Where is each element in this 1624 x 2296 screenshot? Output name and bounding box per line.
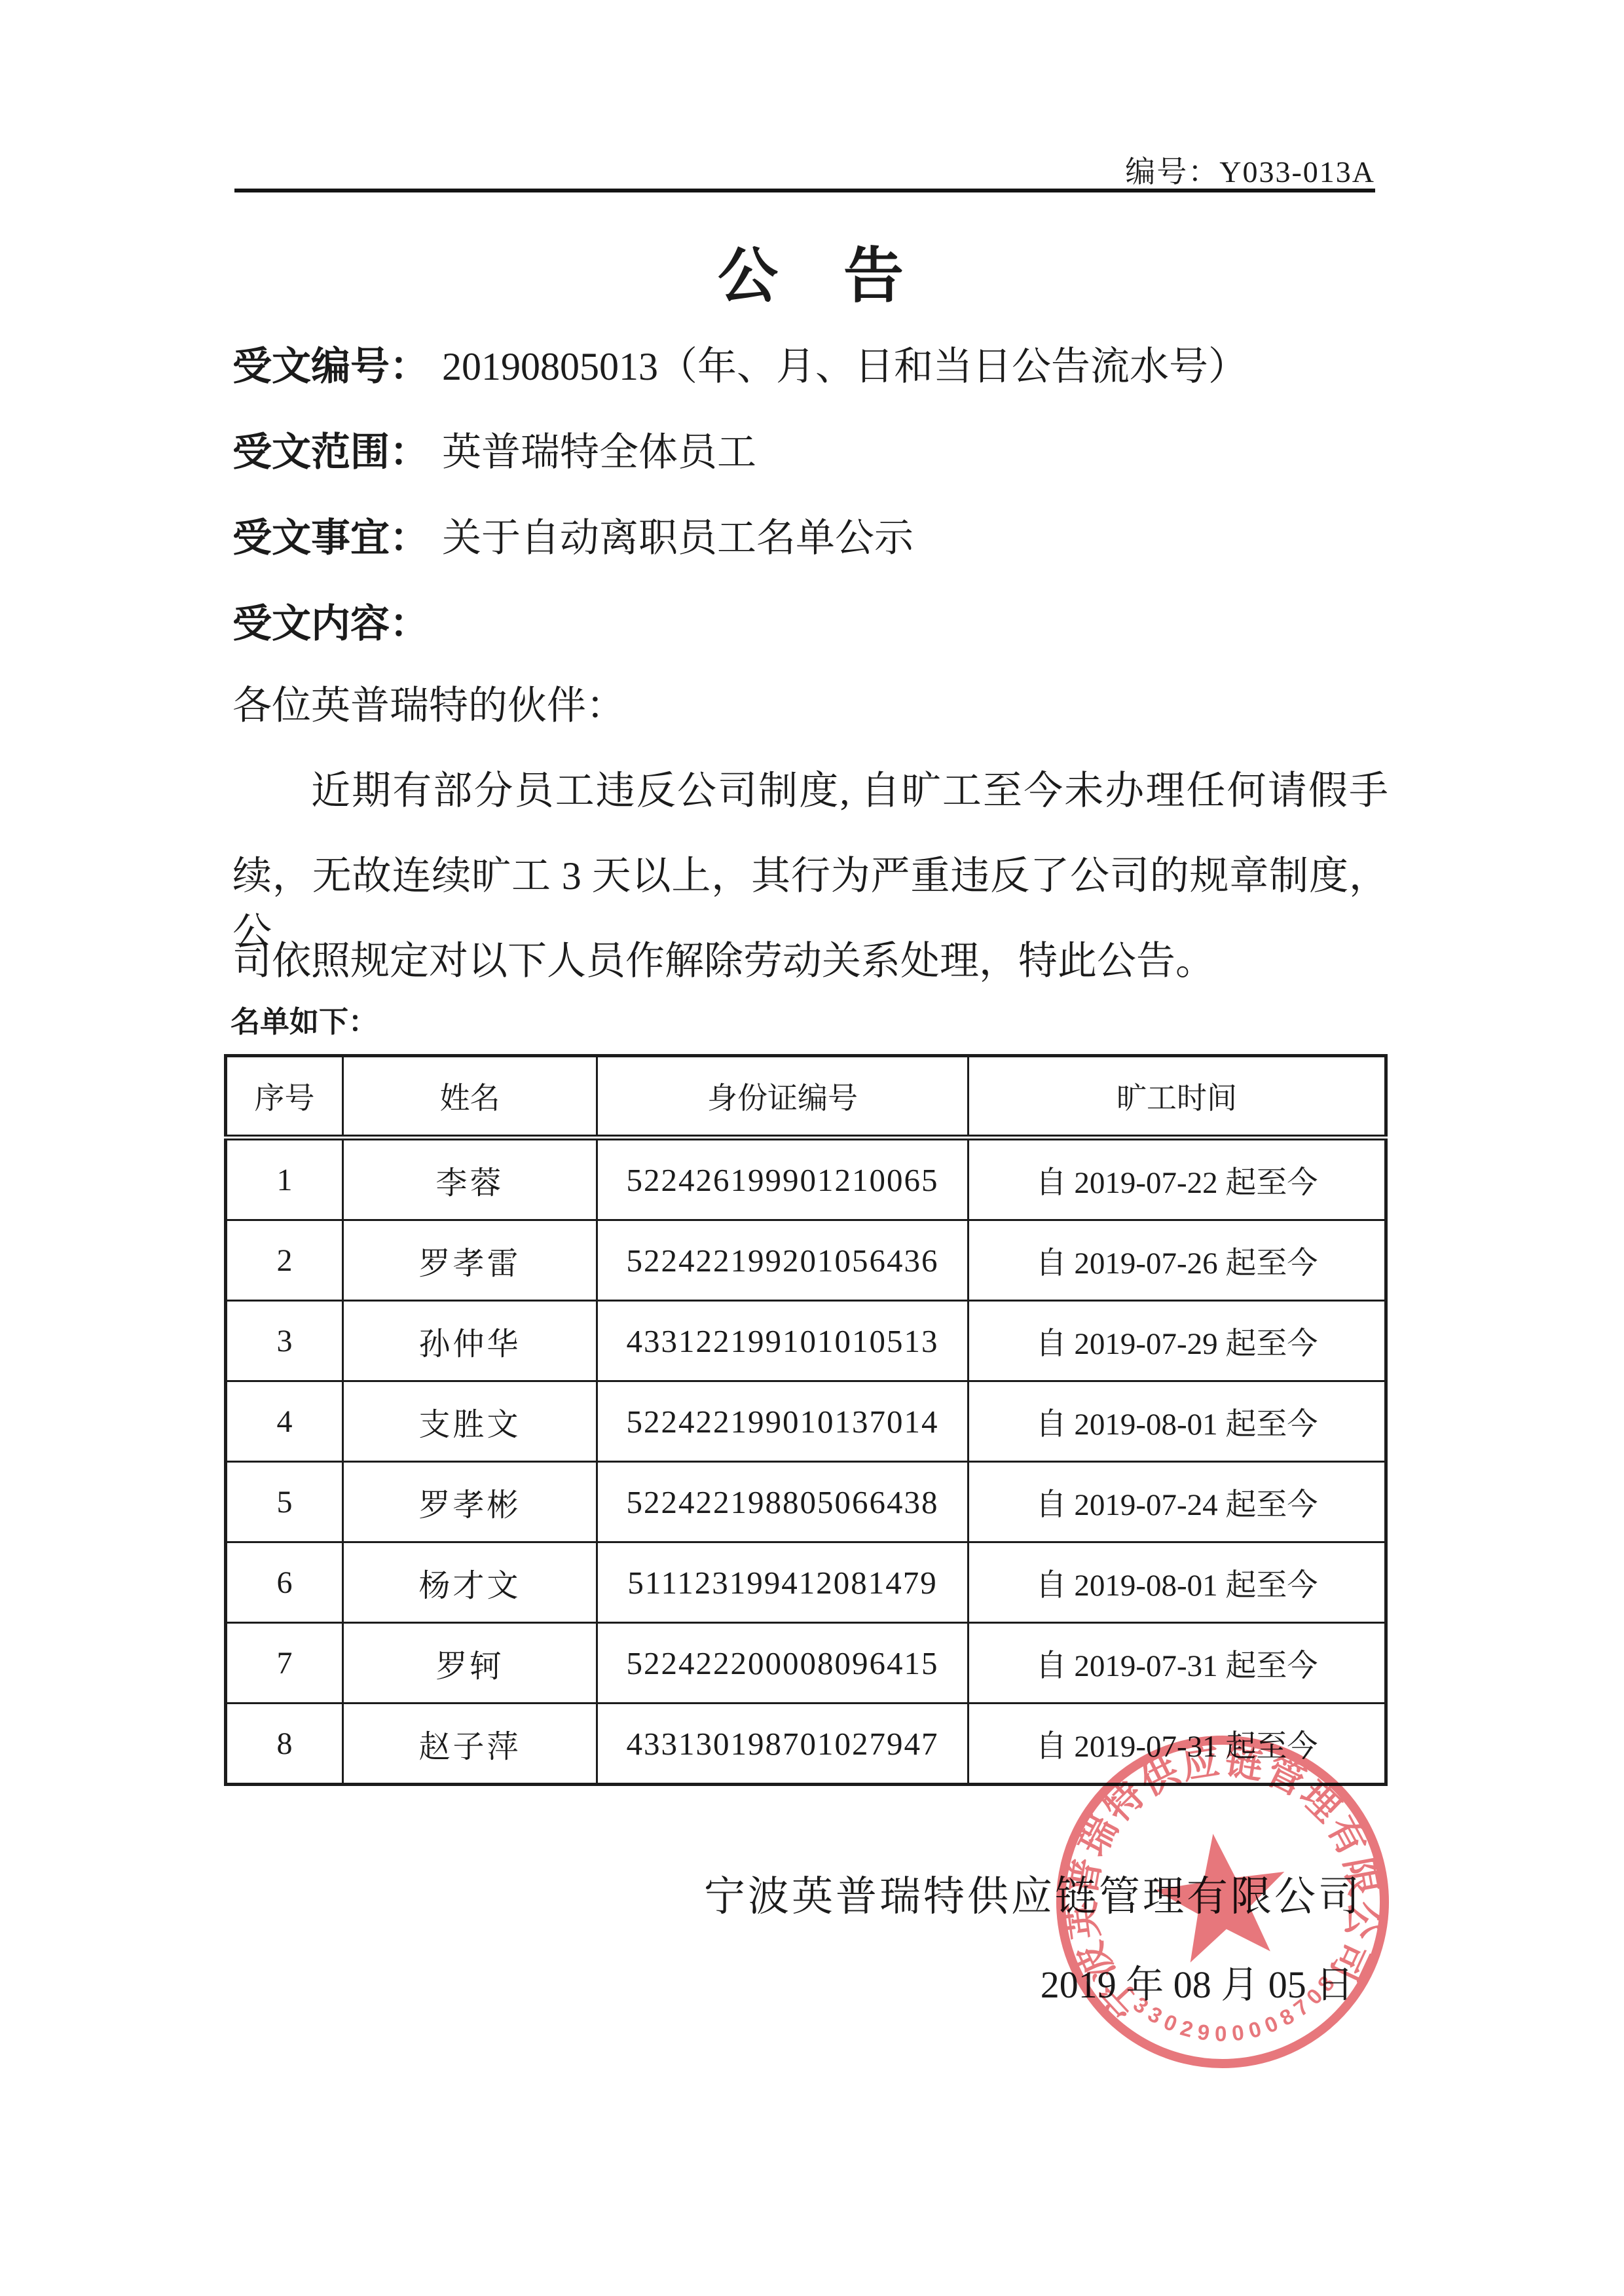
meta-value: 关于自动离职员工名单公示 [442,517,913,560]
roster-list-label: 名单如下： [231,998,378,1040]
table-row: 4支胜文522422199010137014自 2019-08-01 起至今 [226,1381,1386,1462]
page-title: 公 告 [0,228,1624,314]
table-row: 3孙仲华433122199101010513自 2019-07-29 起至今 [226,1301,1386,1381]
table-cell-index: 2 [226,1220,343,1301]
meta-label: 受文编号： [232,345,429,388]
table-cell-period: 自 2019-07-24 起至今 [969,1462,1386,1542]
table-cell-name: 罗孝雷 [342,1220,597,1301]
column-header-name: 姓名 [342,1056,597,1138]
dismissed-employees-table: 序号 姓名 身份证编号 旷工时间 1李蓉522426199901210065自 … [224,1054,1388,1786]
table-header-row: 序号 姓名 身份证编号 旷工时间 [226,1056,1386,1138]
document-ref-number: 编号：Y033-013A [1125,148,1375,191]
table-cell-name: 李蓉 [342,1138,597,1220]
header-divider [234,189,1375,192]
table-cell-name: 罗孝彬 [342,1462,597,1542]
table-cell-id: 522426199901210065 [597,1138,969,1220]
signature-company: 宁波英普瑞特供应链管理有限公司 [704,1863,1362,1923]
table-row: 8赵子萍433130198701027947自 2019-07-31 起至今 [226,1704,1386,1785]
column-header-period: 旷工时间 [969,1056,1386,1138]
column-header-index: 序号 [226,1056,343,1138]
column-header-id: 身份证编号 [597,1056,969,1138]
meta-label: 受文事宜： [232,517,429,560]
body-paragraph-line: 近期有部分员工违反公司制度, 自旷工至今未办理任何请假手 [232,759,1388,816]
signature-date: 2019 年 08 月 05 日 [1020,1954,1374,2009]
meta-line-doc-number: 受文编号：20190805013（年、月、日和当日公告流水号） [232,335,1411,392]
table-cell-id: 522422200008096415 [597,1623,969,1704]
body-paragraph-line: 司依照规定对以下人员作解除劳动关系处理，特此公告。 [232,930,1388,986]
table-cell-index: 3 [226,1301,343,1381]
meta-value: 英普瑞特全体员工 [442,431,756,474]
table-cell-period: 自 2019-07-29 起至今 [969,1301,1386,1381]
table-cell-period: 自 2019-08-01 起至今 [969,1381,1386,1462]
table-row: 7罗轲522422200008096415自 2019-07-31 起至今 [226,1623,1386,1704]
table-cell-index: 1 [226,1138,343,1220]
table-cell-index: 6 [226,1542,343,1623]
table-cell-name: 支胜文 [342,1381,597,1462]
table-cell-id: 522422199201056436 [597,1220,969,1301]
table-cell-period: 自 2019-08-01 起至今 [969,1542,1386,1623]
table-cell-index: 7 [226,1623,343,1704]
table-row: 1李蓉522426199901210065自 2019-07-22 起至今 [226,1138,1386,1220]
table-cell-period: 自 2019-07-26 起至今 [969,1220,1386,1301]
meta-line-scope: 受文范围：英普瑞特全体员工 [232,421,1411,477]
table-row: 2罗孝雷522422199201056436自 2019-07-26 起至今 [226,1220,1386,1301]
table-cell-id: 522422199010137014 [597,1381,969,1462]
table-cell-name: 孙仲华 [342,1301,597,1381]
table-cell-period: 自 2019-07-31 起至今 [969,1704,1386,1785]
meta-value: 20190805013（年、月、日和当日公告流水号） [442,345,1247,388]
table-row: 5罗孝彬522422198805066438自 2019-07-24 起至今 [226,1462,1386,1542]
table-cell-id: 433122199101010513 [597,1301,969,1381]
table-row: 6杨才文511123199412081479自 2019-08-01 起至今 [226,1542,1386,1623]
table-cell-name: 杨才文 [342,1542,597,1623]
table-cell-id: 522422198805066438 [597,1462,969,1542]
table-cell-period: 自 2019-07-22 起至今 [969,1138,1386,1220]
meta-label: 受文内容： [232,602,429,646]
salutation: 各位英普瑞特的伙伴： [232,674,625,731]
table-cell-name: 赵子萍 [342,1704,597,1785]
table-cell-index: 5 [226,1462,343,1542]
meta-line-subject: 受文事宜：关于自动离职员工名单公示 [232,507,1411,563]
announcement-document: 编号：Y033-013A 公 告 受文编号：20190805013（年、月、日和… [0,0,1624,2296]
table-cell-period: 自 2019-07-31 起至今 [969,1623,1386,1704]
table-cell-id: 511123199412081479 [597,1542,969,1623]
table-cell-id: 433130198701027947 [597,1704,969,1785]
table-cell-name: 罗轲 [342,1623,597,1704]
roster-table-body: 1李蓉522426199901210065自 2019-07-22 起至今2罗孝… [226,1138,1386,1785]
meta-label: 受文范围： [232,431,429,474]
table-cell-index: 8 [226,1704,343,1785]
meta-line-content: 受文内容： [232,592,1411,649]
table-cell-index: 4 [226,1381,343,1462]
